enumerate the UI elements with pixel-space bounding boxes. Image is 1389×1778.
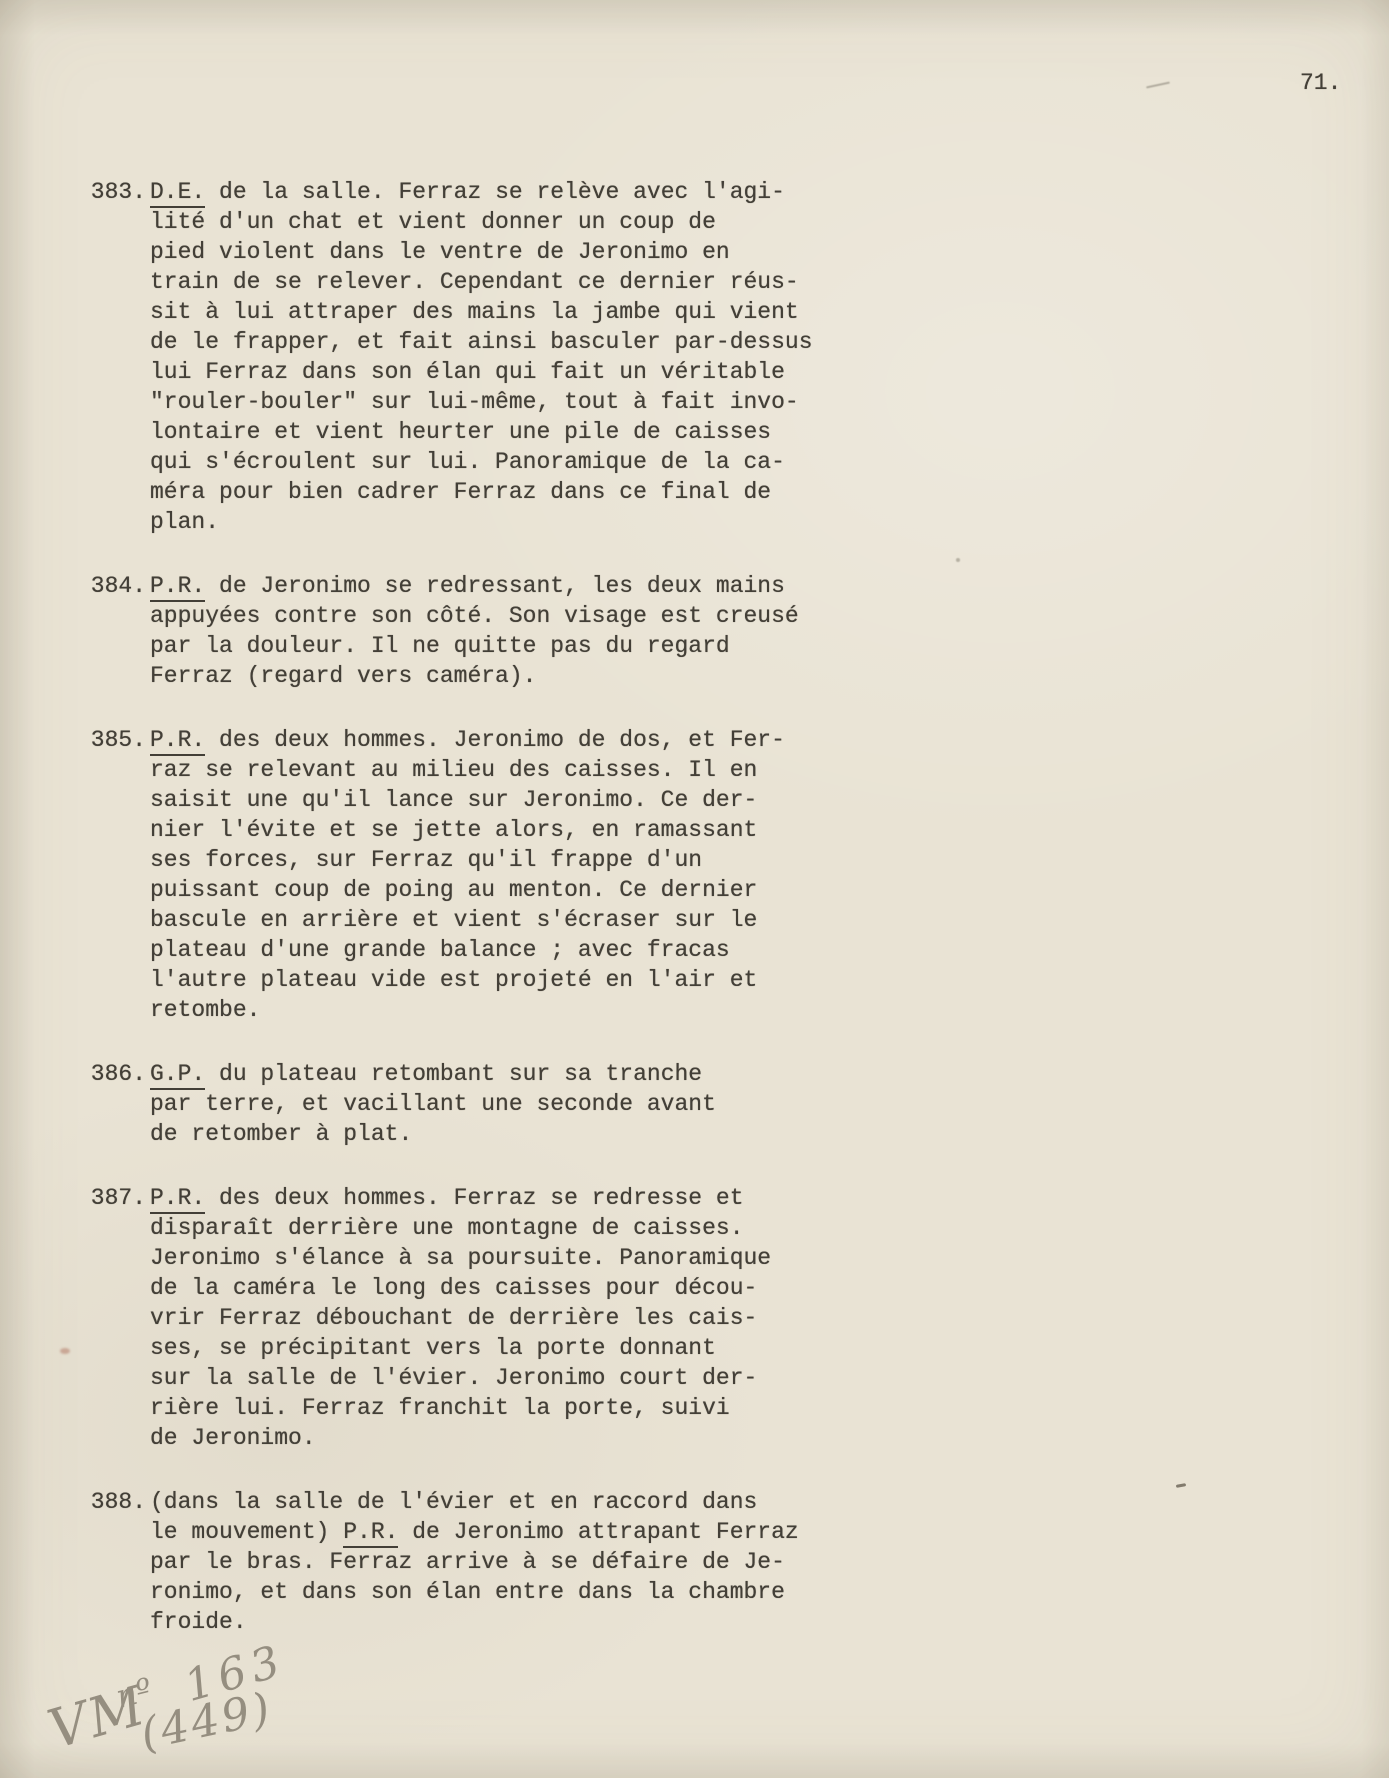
script-line: P.R. de Jeronimo se redressant, les deux… [150,571,1389,601]
shot-type-abbr: P.R. [150,1185,205,1214]
paragraph-text: P.R. des deux hommes. Jeronimo de dos, e… [150,725,1389,1025]
page-number: 71. [1300,68,1341,98]
script-line: par terre, et vacillant une seconde avan… [150,1089,1389,1119]
script-line: plan. [150,507,1389,537]
shot-number: 386. [0,1059,146,1089]
script-line: disparaît derrière une montagne de caiss… [150,1213,1389,1243]
script-paragraph: 383. D.E. de la salle. Ferraz se relève … [0,177,1389,537]
script-paragraph: 386. G.P. du plateau retombant sur sa tr… [0,1059,1389,1149]
shot-number: 388. [0,1487,146,1517]
shot-type-abbr: G.P. [150,1061,205,1090]
script-line: nier l'évite et se jette alors, en ramas… [150,815,1389,845]
shot-number: 385. [0,725,146,755]
script-line: ronimo, et dans son élan entre dans la c… [150,1577,1389,1607]
script-line: Ferraz (regard vers caméra). [150,661,1389,691]
script-paragraph: 385. P.R. des deux hommes. Jeronimo de d… [0,725,1389,1025]
script-line: P.R. des deux hommes. Ferraz se redresse… [150,1183,1389,1213]
script-line: train de se relever. Cependant ce dernie… [150,267,1389,297]
script-paragraph: 387. P.R. des deux hommes. Ferraz se red… [0,1183,1389,1453]
script-line: de Jeronimo. [150,1423,1389,1453]
shot-number: 383. [0,177,146,207]
script-line: "rouler-bouler" sur lui-même, tout à fai… [150,387,1389,417]
paragraph-text: D.E. de la salle. Ferraz se relève avec … [150,177,1389,537]
script-line: sit à lui attraper des mains la jambe qu… [150,297,1389,327]
script-paragraph: 388. (dans la salle de l'évier et en rac… [0,1487,1389,1637]
paragraph-text: P.R. des deux hommes. Ferraz se redresse… [150,1183,1389,1453]
script-line: méra pour bien cadrer Ferraz dans ce fin… [150,477,1389,507]
script-line: lui Ferraz dans son élan qui fait un vér… [150,357,1389,387]
shot-type-abbr: P.R. [343,1519,398,1548]
script-line: par le bras. Ferraz arrive à se défaire … [150,1547,1389,1577]
paper-speck [1146,82,1170,89]
script-line: D.E. de la salle. Ferraz se relève avec … [150,177,1389,207]
script-line: raz se relevant au milieu des caisses. I… [150,755,1389,785]
paper-speck [956,558,960,562]
script-line: rière lui. Ferraz franchit la porte, sui… [150,1393,1389,1423]
scanned-page: 71. 383. D.E. de la salle. Ferraz se rel… [0,0,1389,1778]
script-line: de retomber à plat. [150,1119,1389,1149]
script-line: bascule en arrière et vient s'écraser su… [150,905,1389,935]
script-line: de le frapper, et fait ainsi basculer pa… [150,327,1389,357]
script-line: Jeronimo s'élance à sa poursuite. Panora… [150,1243,1389,1273]
script-line: P.R. des deux hommes. Jeronimo de dos, e… [150,725,1389,755]
script-line: appuyées contre son côté. Son visage est… [150,601,1389,631]
paragraph-text: G.P. du plateau retombant sur sa tranche… [150,1059,1389,1149]
script-line: puissant coup de poing au menton. Ce der… [150,875,1389,905]
script-line: sur la salle de l'évier. Jeronimo court … [150,1363,1389,1393]
script-line: ses, se précipitant vers la porte donnan… [150,1333,1389,1363]
annotation-paren: (449) [136,1683,277,1761]
annotation-mark: VM [41,1674,153,1762]
shot-type-abbr: D.E. [150,179,205,208]
shot-number: 387. [0,1183,146,1213]
script-paragraphs: 383. D.E. de la salle. Ferraz se relève … [0,177,1389,1671]
paper-speck [60,1348,70,1354]
script-line: le mouvement) P.R. de Jeronimo attrapant… [150,1517,1389,1547]
script-paragraph: 384. P.R. de Jeronimo se redressant, les… [0,571,1389,691]
script-line: (dans la salle de l'évier et en raccord … [150,1487,1389,1517]
script-line: par la douleur. Il ne quitte pas du rega… [150,631,1389,661]
script-line: plateau d'une grande balance ; avec frac… [150,935,1389,965]
script-line: de la caméra le long des caisses pour dé… [150,1273,1389,1303]
script-line: l'autre plateau vide est projeté en l'ai… [150,965,1389,995]
script-line: vrir Ferraz débouchant de derrière les c… [150,1303,1389,1333]
shot-type-abbr: P.R. [150,573,205,602]
script-line: ses forces, sur Ferraz qu'il frappe d'un [150,845,1389,875]
script-line: G.P. du plateau retombant sur sa tranche [150,1059,1389,1089]
script-line: froide. [150,1607,1389,1637]
annotation-numero: nº [112,1670,156,1715]
shot-number: 384. [0,571,146,601]
script-line: pied violent dans le ventre de Jeronimo … [150,237,1389,267]
shot-type-abbr: P.R. [150,727,205,756]
script-line: lontaire et vient heurter une pile de ca… [150,417,1389,447]
script-line: saisit une qu'il lance sur Jeronimo. Ce … [150,785,1389,815]
script-line: qui s'écroulent sur lui. Panoramique de … [150,447,1389,477]
script-line: lité d'un chat et vient donner un coup d… [150,207,1389,237]
paragraph-text: P.R. de Jeronimo se redressant, les deux… [150,571,1389,691]
script-line: retombe. [150,995,1389,1025]
paragraph-text: (dans la salle de l'évier et en raccord … [150,1487,1389,1637]
